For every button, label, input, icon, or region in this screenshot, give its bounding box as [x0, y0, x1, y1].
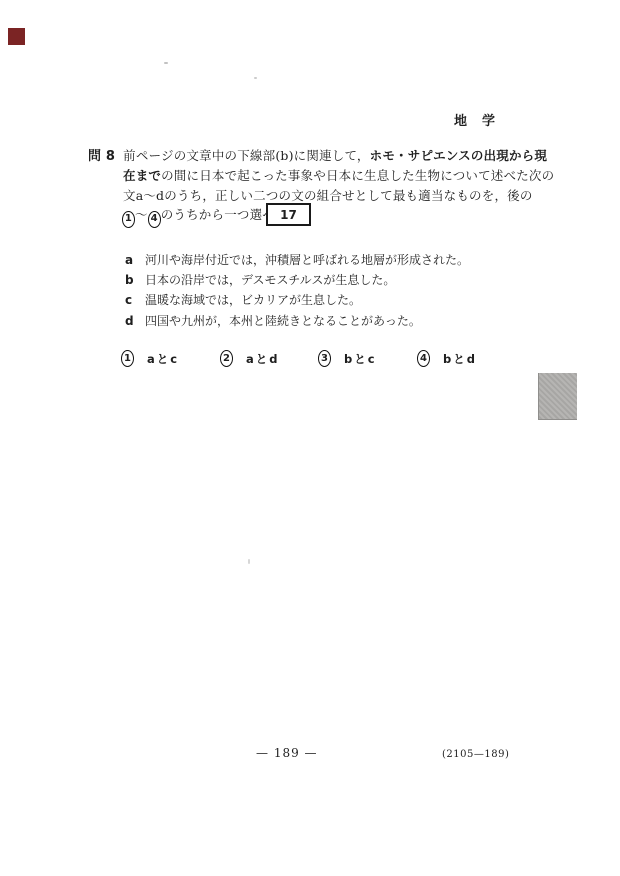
binding-mark-gray: [538, 373, 577, 420]
question-text: 前ページの文章中の下線部(b)に関連して，: [123, 148, 369, 163]
circled-number-from: 1: [122, 211, 135, 228]
statement-text: 四国や九州が，本州と陸続きとなることがあった。: [145, 314, 421, 328]
choice-label: bとd: [443, 351, 477, 367]
statement-text: 河川や海岸付近では，沖積層と呼ばれる地層が形成された。: [145, 253, 469, 267]
question-text: の間に日本で起こった事象や日本に生息した生物について述べた次の: [161, 168, 554, 183]
scan-speck: [164, 62, 168, 64]
answer-number-box: 17: [266, 203, 311, 226]
circled-number-to: 4: [148, 211, 161, 228]
choice-1: 1 aとc: [121, 350, 179, 367]
question-line-3: 文a〜dのうち，正しい二つの文の組合せとして最も適当なものを，後の: [123, 187, 533, 204]
question-text-bold: 在まで: [123, 168, 161, 183]
statement-label: b: [125, 273, 145, 287]
question-line-4: 1〜4のうちから一つ選べ。: [122, 206, 288, 228]
binding-mark-red: [8, 28, 25, 45]
statement-label: d: [125, 314, 145, 328]
question-text-bold: ホモ・サピエンスの出現から現: [370, 148, 547, 163]
circled-number: 2: [220, 350, 233, 367]
question-text: 文a〜dのうち，正しい二つの文の組合せとして最も適当なものを，後の: [123, 188, 533, 203]
scan-speck: [248, 559, 250, 564]
range-separator: 〜: [135, 207, 148, 222]
statement-c: c温暖な海域では，ビカリアが生息した。: [125, 291, 361, 308]
circled-number: 4: [417, 350, 430, 367]
choice-2: 2 aとd: [220, 350, 280, 367]
choice-4: 4 bとd: [417, 350, 477, 367]
circled-number: 3: [318, 350, 331, 367]
subject-title: 地 学: [454, 110, 496, 129]
exam-page: 地 学 問 8前ページの文章中の下線部(b)に関連して，ホモ・サピエンスの出現か…: [0, 0, 620, 876]
choice-3: 3 bとc: [318, 350, 377, 367]
question-line-1: 問 8前ページの文章中の下線部(b)に関連して，ホモ・サピエンスの出現から現: [88, 147, 547, 165]
answer-number: 17: [280, 208, 297, 222]
choice-label: aとd: [246, 351, 280, 367]
circled-number: 1: [121, 350, 134, 367]
choice-label: bとc: [344, 351, 377, 367]
statement-b: b日本の沿岸では，デスモスチルスが生息した。: [125, 271, 395, 288]
scan-speck: [254, 77, 257, 79]
question-number: 問 8: [88, 149, 115, 164]
statement-label: c: [125, 293, 145, 307]
statement-text: 日本の沿岸では，デスモスチルスが生息した。: [145, 273, 395, 287]
document-code: (2105—189): [442, 749, 509, 760]
statement-d: d四国や九州が，本州と陸続きとなることがあった。: [125, 312, 421, 329]
choice-label: aとc: [147, 351, 179, 367]
statement-a: a河川や海岸付近では，沖積層と呼ばれる地層が形成された。: [125, 251, 469, 268]
statement-text: 温暖な海域では，ビカリアが生息した。: [145, 293, 361, 307]
statement-label: a: [125, 253, 145, 267]
page-number: — 189 —: [256, 746, 318, 760]
question-line-2: 在までの間に日本で起こった事象や日本に生息した生物について述べた次の: [123, 167, 554, 184]
